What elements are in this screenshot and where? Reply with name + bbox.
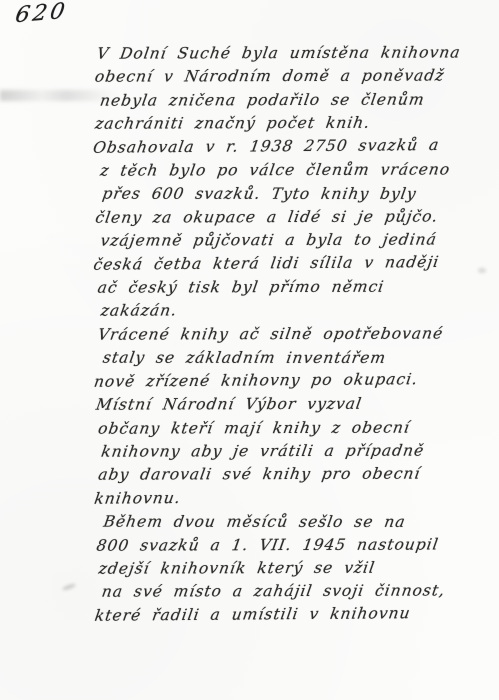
handwritten-line: Obsahovala v r. 1938 2750 svazků a: [91, 133, 489, 160]
handwritten-line: na své místo a zahájil svoji činnost,: [100, 580, 491, 605]
handwritten-line: knihovny aby je vrátili a případně: [99, 439, 490, 464]
handwritten-line: zdejší knihovník který se vžil: [97, 556, 491, 581]
handwritten-line: občany kteří mají knihy z obecní: [96, 416, 490, 441]
handwritten-line: obecní v Národním domě a poněvadž: [93, 65, 489, 90]
handwritten-line: členy za okupace a lidé si je půjčo.: [94, 205, 490, 230]
handwritten-line: Vrácené knihy ač silně opotřebované: [96, 322, 490, 347]
handwritten-line: z těch bylo po válce členům vráceno: [98, 158, 489, 183]
handwritten-line: nebyla zničena podařilo se členům: [98, 88, 489, 113]
handwritten-line: aby darovali své knihy pro obecní: [97, 463, 491, 488]
manuscript: V Dolní Suché byla umístěna knihovnaobec…: [95, 41, 487, 628]
handwritten-line: 800 svazků a 1. VII. 1945 nastoupil: [95, 533, 491, 558]
handwritten-line: Místní Národní Výbor vyzval: [94, 392, 490, 417]
handwritten-line: knihovnu.: [93, 484, 491, 511]
scanned-manuscript-page: 620 V Dolní Suché byla umístěna knihovna…: [0, 0, 499, 700]
handwritten-line: nově zřízené knihovny po okupaci.: [92, 367, 490, 394]
handwritten-line: které řadili a umístili v knihovnu: [93, 601, 491, 628]
handwritten-line: Během dvou měsíců sešlo se na: [102, 511, 490, 535]
handwritten-line: přes 600 svazků. Tyto knihy byly: [101, 183, 489, 207]
handwritten-line: zakázán.: [99, 299, 490, 324]
handwritten-line: vzájemně půjčovati a byla to jediná: [99, 229, 490, 254]
handwritten-line: ač český tisk byl přímo němci: [96, 275, 490, 300]
handwritten-line: česká četba která lidi sílila v naději: [92, 250, 490, 277]
handwritten-line: zachrániti značný počet knih.: [93, 112, 489, 137]
scan-speck: [62, 583, 77, 592]
handwritten-line: V Dolní Suché byla umístěna knihovna: [95, 41, 489, 66]
page-number: 620: [14, 0, 70, 28]
